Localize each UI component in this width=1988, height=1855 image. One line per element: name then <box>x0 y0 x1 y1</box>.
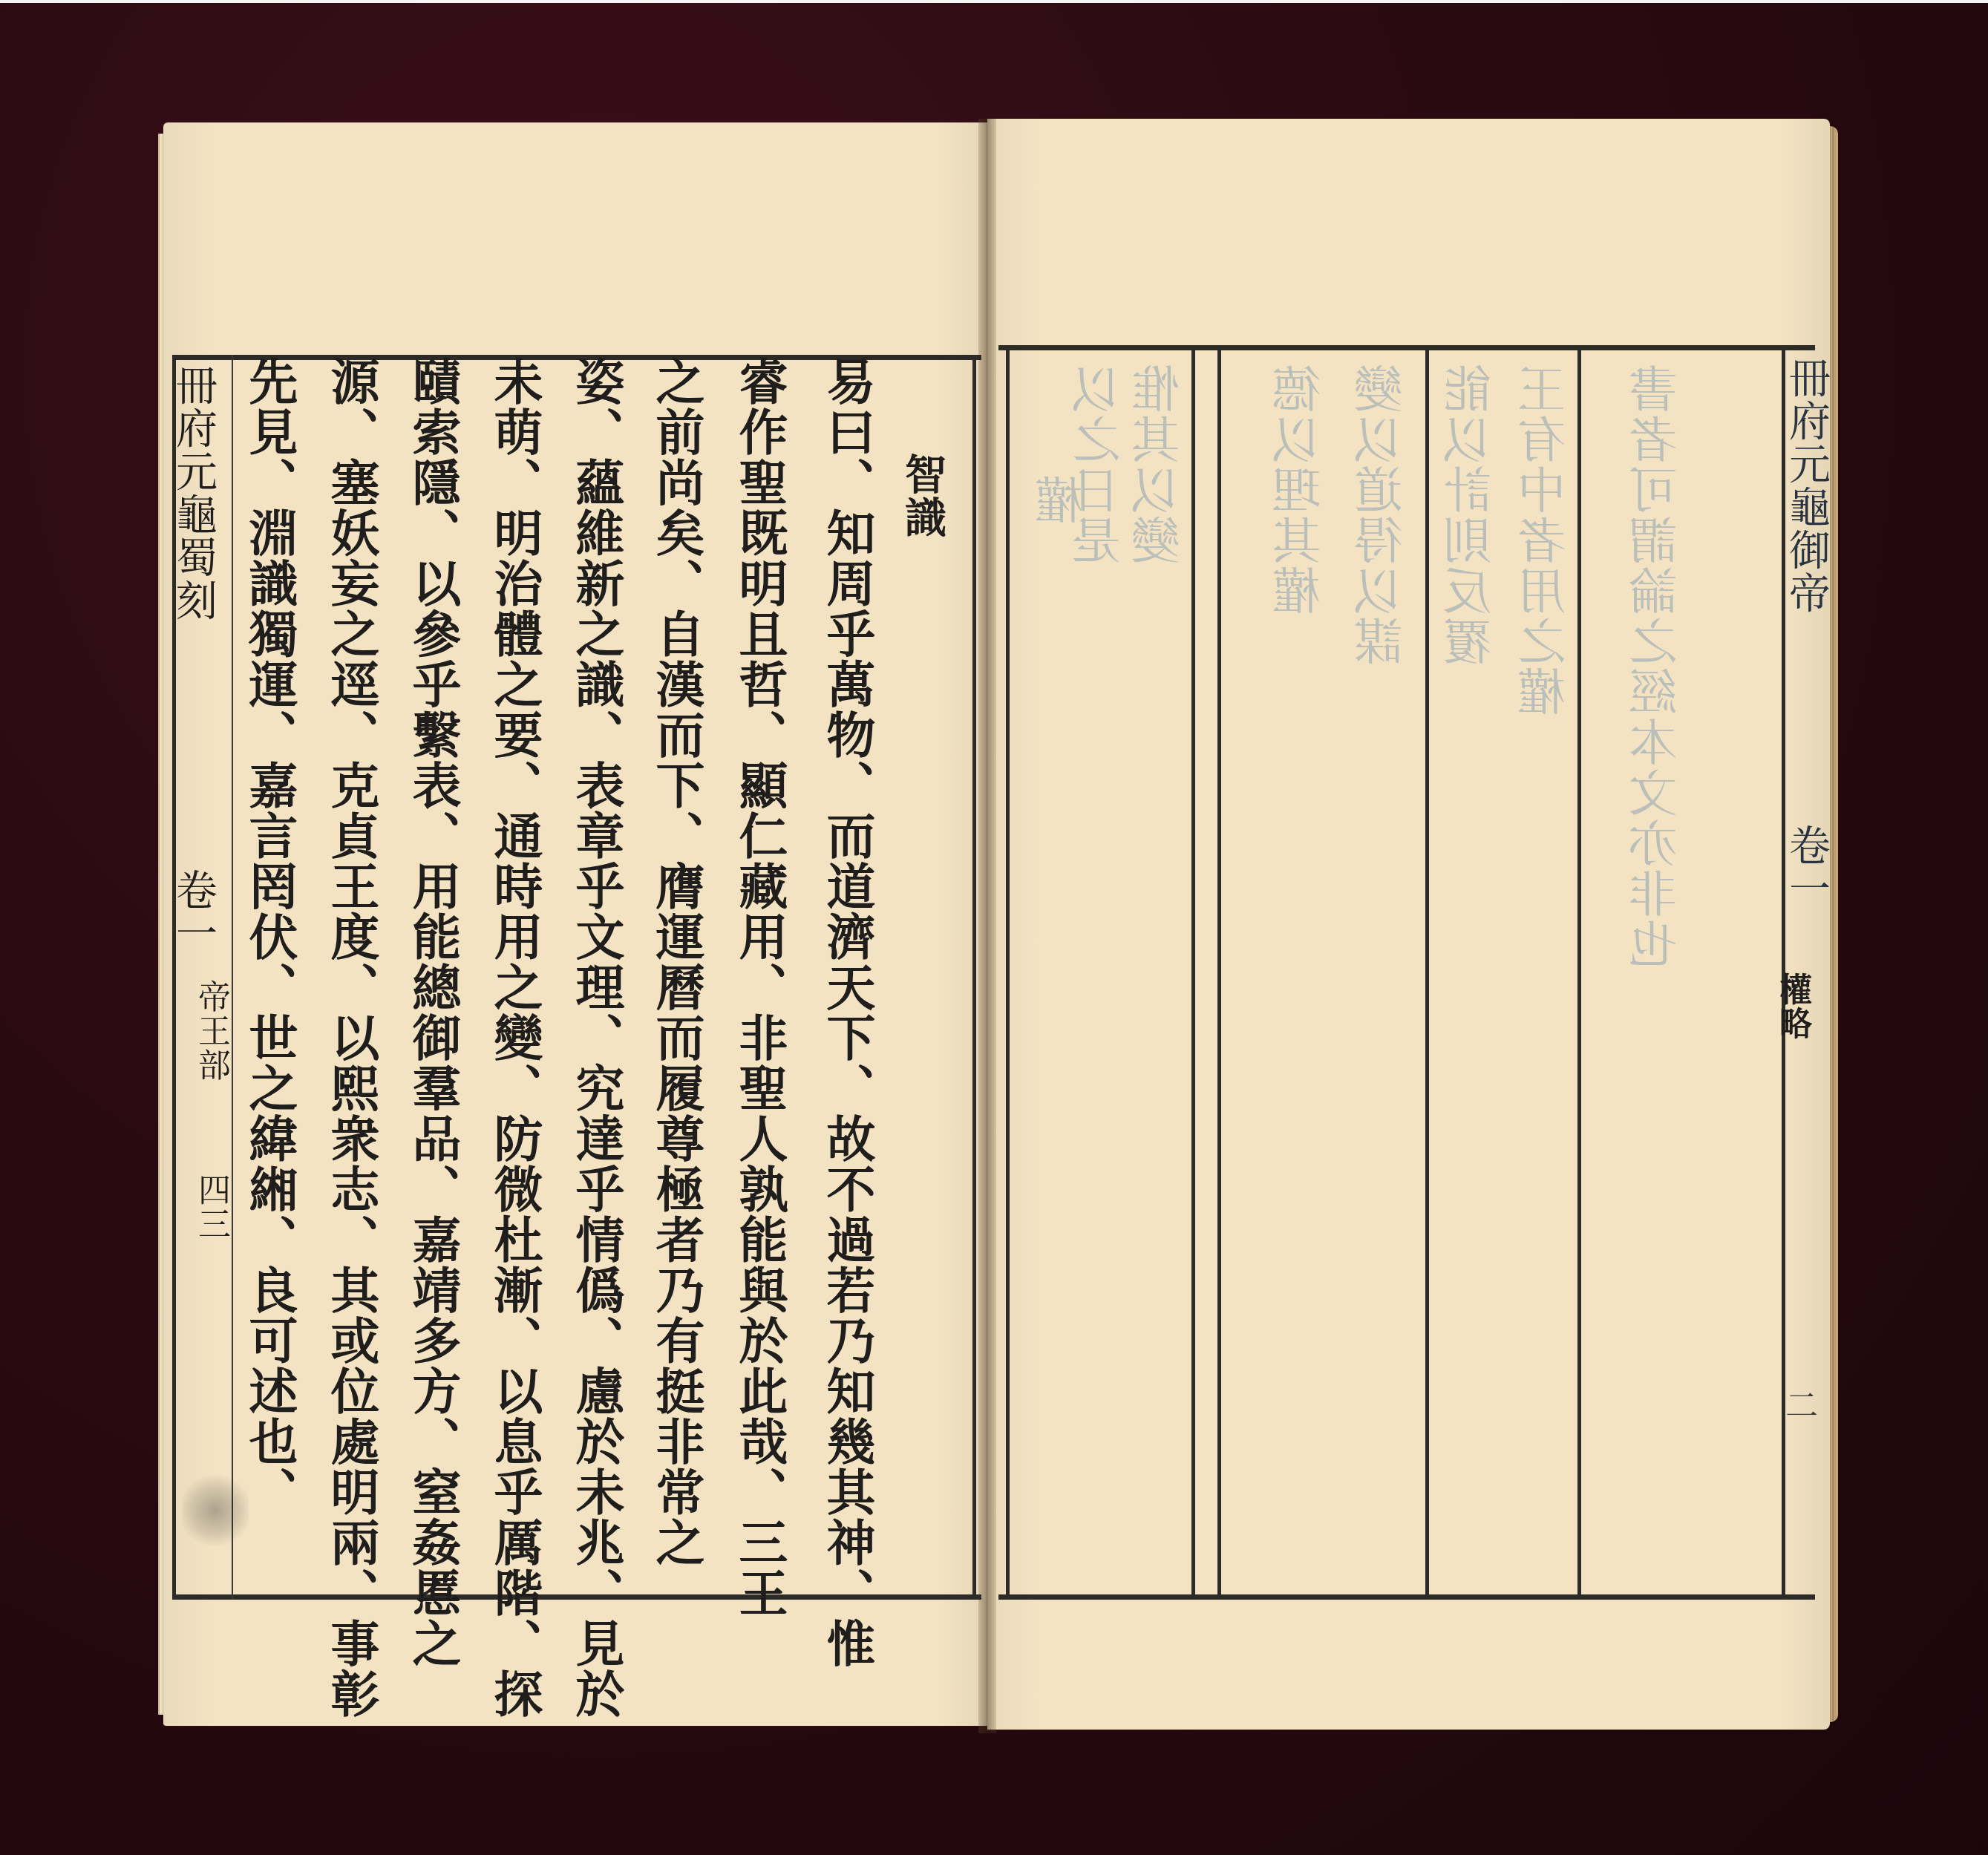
text-column-8: 先見、淵識獨運、嘉言罔伏、世之緯緗、良可述也、 <box>245 356 294 1517</box>
bleed-through-column-7: 以之日是 <box>1076 364 1125 566</box>
text-column-7: 源、塞妖妄之逕、克貞王度、以熙衆志、其或位處明兩、事彰 <box>327 356 376 1719</box>
right-column-rule-4 <box>1577 345 1581 1600</box>
right-frame-top-rule <box>998 345 1815 350</box>
right-frame-inner-rule <box>1006 345 1010 1600</box>
left-margin-book-title: 冊府元龜蜀刻 <box>172 364 214 622</box>
text-column-6: 賾索隱、以參乎繫表、用能總御羣品、嘉靖多方、窒姦慝之 <box>408 356 457 1669</box>
text-column-1: 易曰、知周乎萬物、而道濟天下、故不過若乃知幾其神、惟 <box>823 356 872 1669</box>
banxin-section: 權略 <box>1776 972 1808 1041</box>
right-page <box>987 119 1830 1730</box>
bleed-through-column-2: 王有中者用之權 <box>1522 364 1571 717</box>
left-margin-volume: 卷一 <box>172 868 214 955</box>
left-margin-section: 帝王部 <box>194 980 227 1082</box>
bleed-through-column-4: 變以道得以謀 <box>1358 364 1407 667</box>
text-column-2: 睿作聖既明且哲、顯仁藏用、非聖人孰能與於此哉、三王 <box>735 356 784 1618</box>
right-column-rule-1 <box>1191 345 1195 1600</box>
scan-top-border <box>0 0 1988 3</box>
left-frame-inner-rule <box>972 355 976 1600</box>
text-column-5: 未萌、明治體之要、通時用之變、防微杜漸、以息乎厲階、探 <box>490 356 539 1719</box>
left-margin-divider <box>232 355 233 1600</box>
banxin-book-title: 冊府元龜御帝 <box>1785 356 1827 615</box>
section-heading: 智識 <box>902 453 944 539</box>
bleed-through-column-8: 權 <box>1039 475 1088 526</box>
bleed-through-column-3: 能以計則反覆 <box>1448 364 1497 667</box>
bleed-through-column-6: 惟其以變 <box>1136 364 1185 566</box>
right-frame-bottom-rule <box>998 1594 1815 1600</box>
seal-stamp <box>182 1470 249 1551</box>
right-column-rule-2 <box>1217 345 1221 1600</box>
bleed-through-column-5: 德以理其權 <box>1277 364 1326 616</box>
banxin-volume: 卷一 <box>1785 824 1827 910</box>
banxin-page-number: 二 <box>1782 1388 1814 1422</box>
text-column-3: 之前尚矣、自漢而下、膺運曆而履尊極者乃有挺非常之 <box>652 356 701 1568</box>
text-column-4: 姿、蘊維新之識、表章乎文理、究達乎情僞、慮於未兆、見於 <box>572 356 621 1719</box>
bleed-through-column-1: 書者可謂論之經本文亦非也 <box>1633 364 1682 969</box>
right-column-rule-3 <box>1425 345 1429 1600</box>
left-page-number: 四三 <box>194 1173 227 1241</box>
book-gutter <box>978 119 996 1733</box>
